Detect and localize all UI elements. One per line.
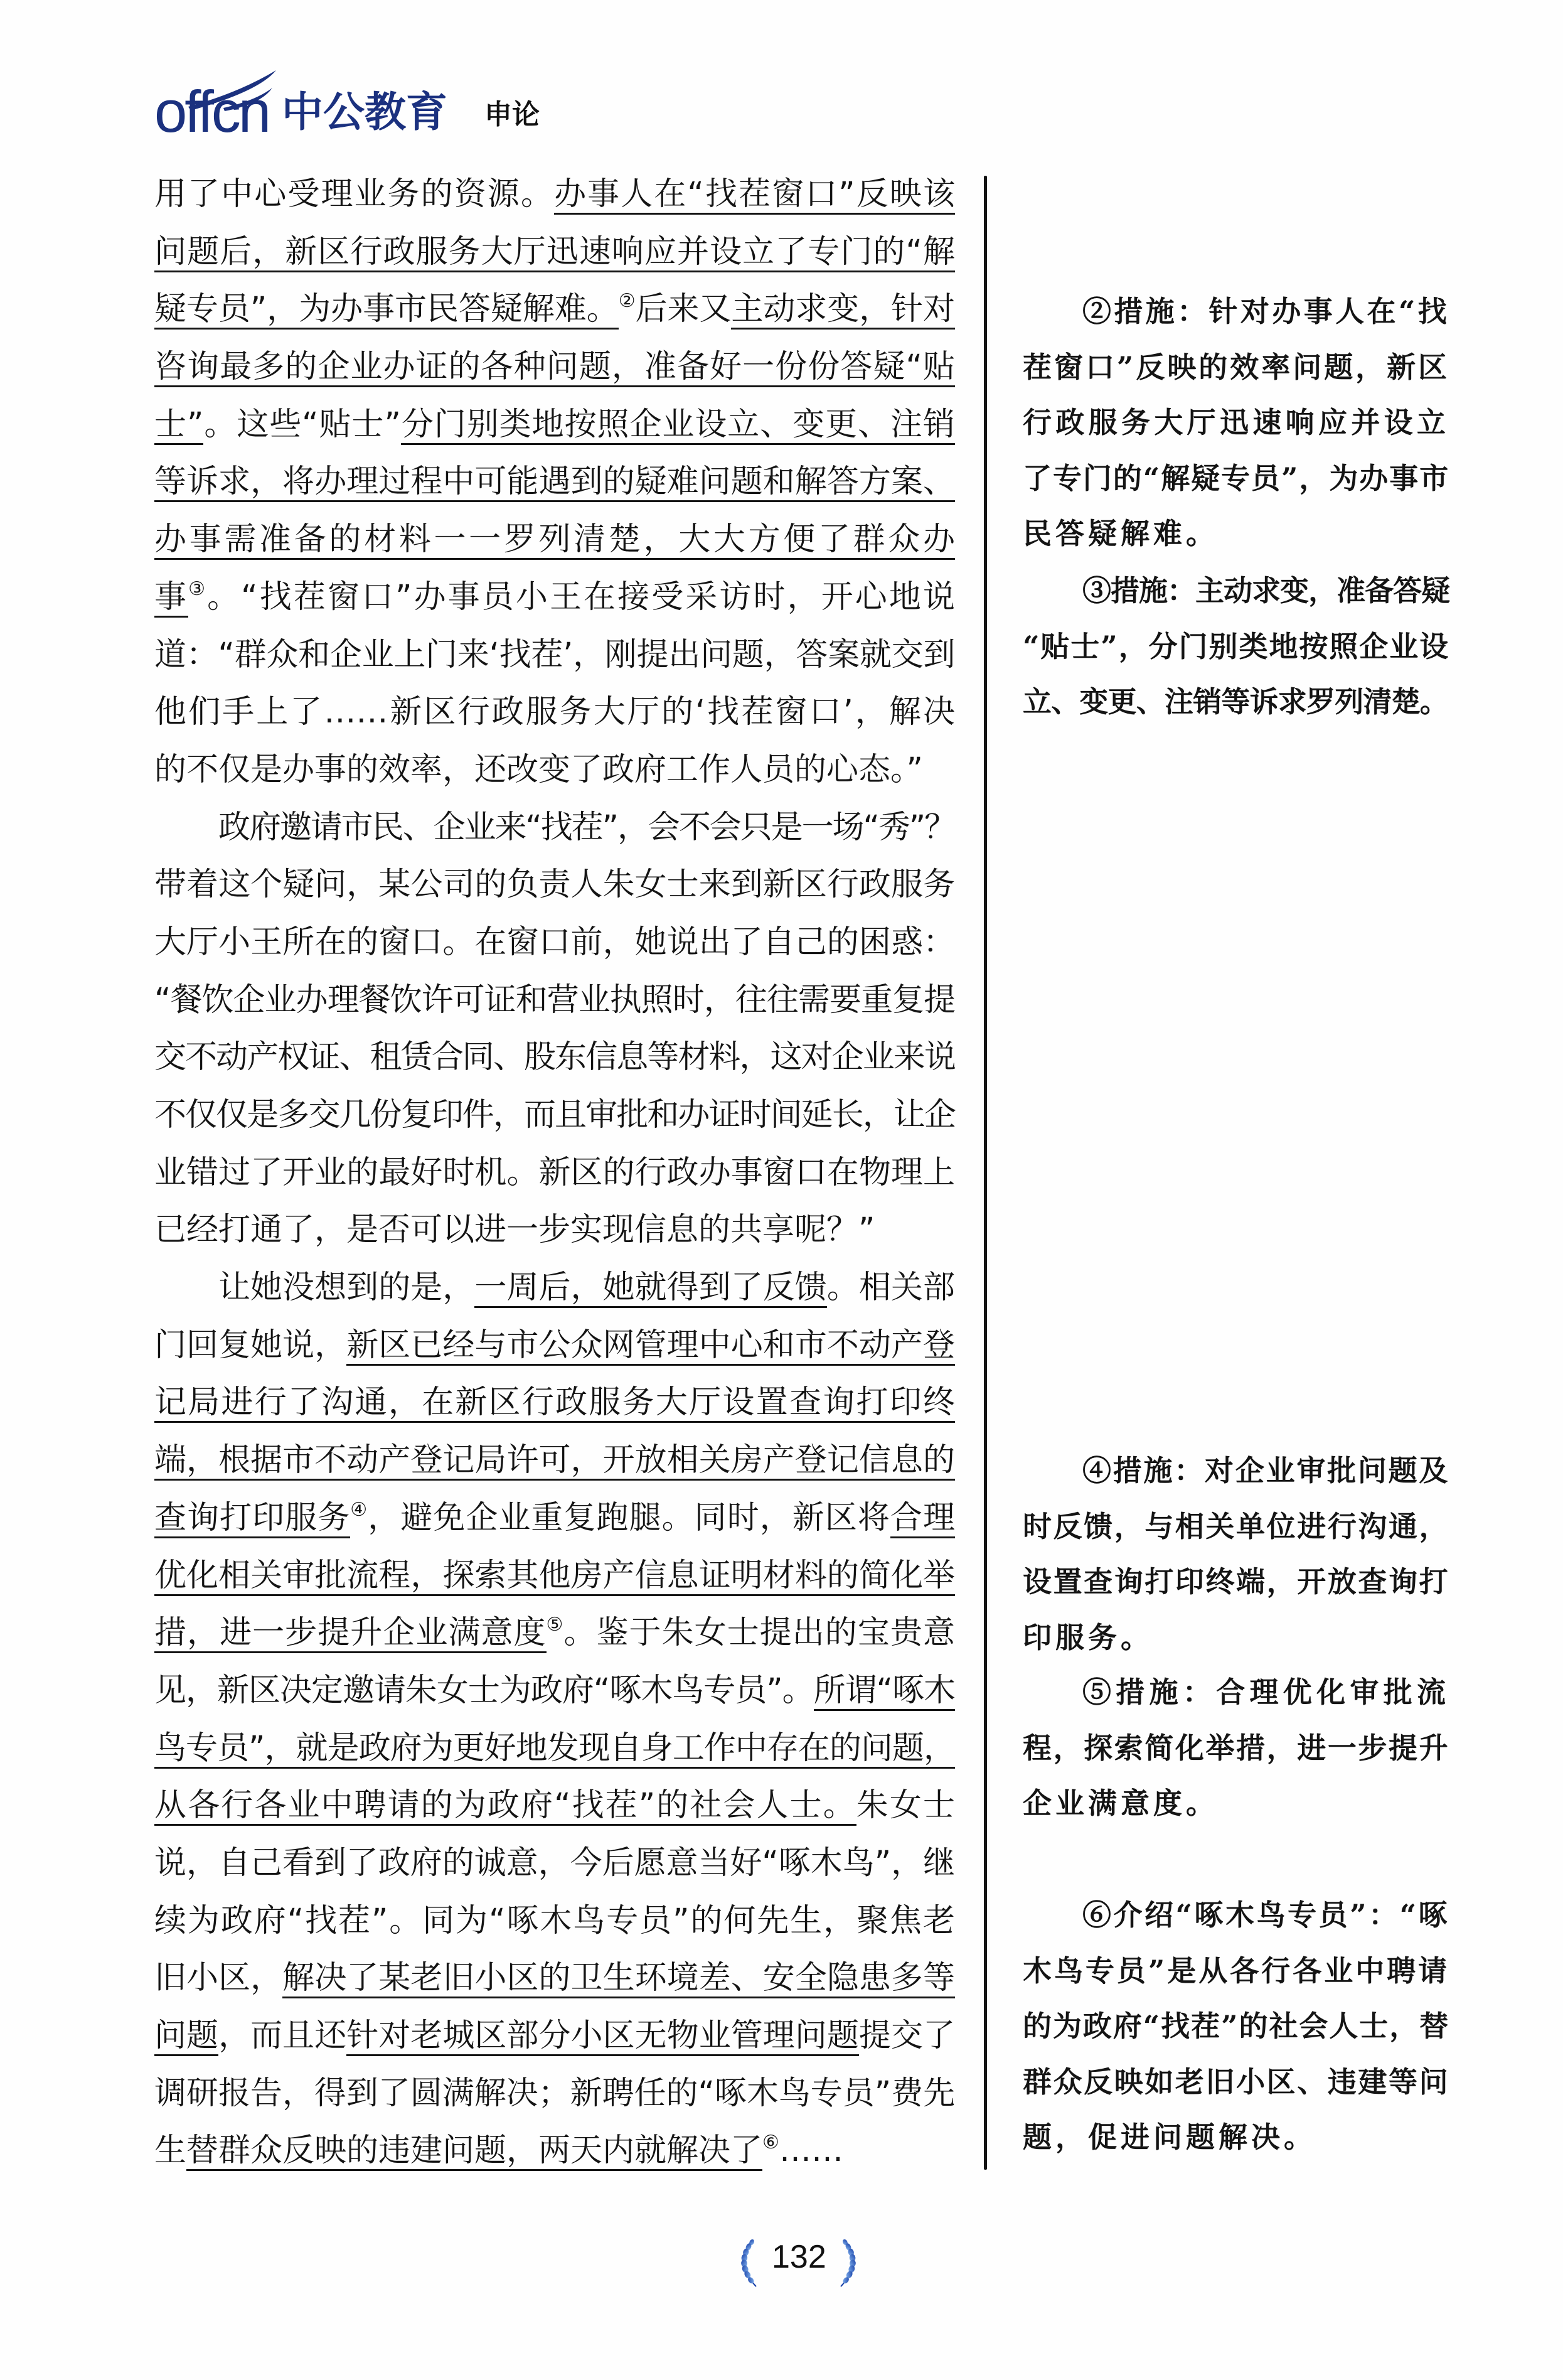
text-run: 交不动产权证、租赁合同、股东信息等材料，这对企业来说 — [154, 1039, 955, 1076]
underlined-key-point: 优化相关审批流程，探索其他房产信息证明材料的简化举 — [154, 1557, 955, 1596]
underlined-key-point: 替群众反映的违建问题，两天内就解决了 — [186, 2132, 762, 2171]
text-line: ⑤措施：合理优化审批流 — [1023, 1664, 1449, 1720]
text-line: 咨询最多的企业办证的各种问题，准备好一份份答疑“贴 — [154, 338, 955, 396]
text-run: ④措施：对企业审批问题及 — [1082, 1454, 1449, 1488]
text-run: 门回复她说， — [154, 1327, 346, 1364]
text-run: 业错过了开业的最好时机。新区的行政办事窗口在物理上 — [154, 1154, 955, 1191]
annotation-marker: ② — [619, 290, 636, 312]
text-line: 业错过了开业的最好时机。新区的行政办事窗口在物理上 — [154, 1144, 955, 1202]
text-line: 查询打印服务④，避免企业重复跑腿。同时，新区将合理 — [154, 1489, 955, 1547]
text-run: 说，自己看到了政府的诚意，今后愿意当好“啄木鸟”，继 — [154, 1845, 955, 1882]
text-run: 已经打通了，是否可以进一步实现信息的共享呢？” — [154, 1211, 875, 1248]
text-line: 了专门的“解疑专员”，为办事市 — [1023, 451, 1449, 507]
text-line: ③措施：主动求变，准备答疑 — [1023, 563, 1449, 619]
text-line: 等诉求，将办理过程中可能遇到的疑难问题和解答方案、 — [154, 453, 955, 511]
text-run: 时反馈，与相关单位进行沟通， — [1023, 1509, 1449, 1543]
text-run: 。相关部 — [827, 1269, 955, 1306]
text-line: 门回复她说，新区已经与市公众网管理中心和市不动产登 — [154, 1317, 955, 1375]
column-divider — [984, 176, 987, 2170]
text-run: ，而且还 — [218, 2017, 346, 2054]
text-line: 政府邀请市民、企业来“找茬”，会不会只是一场“秀”？ — [154, 799, 955, 857]
margin-note-2: ②措施：针对办事人在“找茬窗口”反映的效率问题，新区行政服务大厅迅速响应并设立了… — [1023, 284, 1449, 562]
underlined-key-point: 措，进一步提升企业满意度 — [154, 1614, 547, 1653]
text-run: “餐饮企业办理餐饮许可证和营业执照时，往往需要重复提 — [154, 982, 955, 1019]
text-run: 设置查询打印终端，开放查询打 — [1023, 1565, 1449, 1599]
text-run: 见，新区决定邀请朱女士为政府“啄木鸟专员”。 — [154, 1672, 814, 1709]
text-run: 旧小区， — [154, 1959, 282, 1997]
underlined-key-point: 办事人在“找茬窗口”反映该 — [554, 176, 955, 215]
margin-note-3: ③措施：主动求变，准备答疑“贴士”，分门别类地按照企业设立、变更、注销等诉求罗列… — [1023, 563, 1449, 730]
text-run: 企业满意度。 — [1023, 1786, 1219, 1820]
text-run: 用了中心受理业务的资源。 — [154, 176, 554, 213]
underlined-key-point: 事 — [154, 579, 188, 618]
text-line: 措，进一步提升企业满意度⑤。鉴于朱女士提出的宝贵意 — [154, 1604, 955, 1662]
text-run: “贴士”，分门别类地按照企业设 — [1023, 630, 1449, 663]
margin-note-6: ⑥介绍“啄木鸟专员”：“啄木鸟专员”是从各行各业中聘请的为政府“找茬”的社会人士… — [1023, 1887, 1449, 2165]
text-line: 疑专员”，为办事市民答疑解难。②后来又主动求变，针对 — [154, 281, 955, 338]
laurel-right-icon — [835, 2238, 860, 2288]
text-line: 续为政府“找茬”。同为“啄木鸟专员”的何先生，聚焦老 — [154, 1892, 955, 1950]
text-line: 茬窗口”反映的效率问题，新区 — [1023, 340, 1449, 395]
underlined-key-point: 问题后，新区行政服务大厅迅速响应并设立了专门的“解 — [154, 233, 955, 272]
underlined-key-point: 等诉求，将办理过程中可能遇到的疑难问题和解答方案、 — [154, 463, 955, 502]
annotation-marker: ⑥ — [762, 2131, 779, 2153]
annotation-marker: ④ — [350, 1499, 368, 1521]
text-line: 程，探索简化举措，进一步提升 — [1023, 1720, 1449, 1776]
text-run: 的为政府“找茬”的社会人士，替 — [1023, 2009, 1449, 2043]
text-line: 说，自己看到了政府的诚意，今后愿意当好“啄木鸟”，继 — [154, 1835, 955, 1892]
underlined-key-point: 查询打印服务 — [154, 1499, 350, 1538]
margin-note-5: ⑤措施：合理优化审批流程，探索简化举措，进一步提升企业满意度。 — [1023, 1664, 1449, 1831]
underlined-key-point: 问题 — [154, 2017, 218, 2056]
text-line: 印服务。 — [1023, 1610, 1449, 1666]
underlined-key-point: 从各行各业中聘请的为政府“找茬”的社会人士。 — [154, 1787, 856, 1826]
underlined-key-point: 新区已经与市公众网管理中心和市不动产登 — [346, 1327, 955, 1366]
text-line: 行政服务大厅迅速响应并设立 — [1023, 395, 1449, 451]
text-run: 他们手上了……新区行政服务大厅的‘找茬窗口’，解决 — [154, 694, 955, 731]
paragraph-1: 用了中心受理业务的资源。办事人在“找茬窗口”反映该问题后，新区行政服务大厅迅速响… — [154, 166, 955, 799]
text-run: 带着这个疑问，某公司的负责人朱女士来到新区行政服务 — [154, 866, 955, 903]
text-line: 问题，而且还针对老城区部分小区无物业管理问题提交了 — [154, 2007, 955, 2065]
text-run: 木鸟专员”是从各行各业中聘请 — [1023, 1954, 1449, 1988]
text-line: 士”。这些“贴士”分门别类地按照企业设立、变更、注销 — [154, 396, 955, 454]
underlined-key-point: 针对老城区部分小区无物业管理问题 — [346, 2017, 859, 2056]
underlined-key-point: 一周后，她就得到了反馈 — [474, 1269, 826, 1308]
text-line: 问题后，新区行政服务大厅迅速响应并设立了专门的“解 — [154, 223, 955, 281]
text-line: 木鸟专员”是从各行各业中聘请 — [1023, 1943, 1449, 1999]
text-line: ④措施：对企业审批问题及 — [1023, 1443, 1449, 1499]
text-line: 优化相关审批流程，探索其他房产信息证明材料的简化举 — [154, 1547, 955, 1605]
text-run: 茬窗口”反映的效率问题，新区 — [1023, 350, 1449, 384]
text-line: 时反馈，与相关单位进行沟通， — [1023, 1499, 1449, 1555]
text-line: 记局进行了沟通，在新区行政服务大厅设置查询打印终 — [154, 1374, 955, 1432]
underlined-key-point: 合理 — [890, 1499, 955, 1538]
paragraph-2: 政府邀请市民、企业来“找茬”，会不会只是一场“秀”？带着这个疑问，某公司的负责人… — [154, 799, 955, 1260]
underlined-key-point: 咨询最多的企业办证的各种问题，准备好一份份答疑“贴 — [154, 348, 955, 387]
text-run: ，避免企业重复跑腿。同时，新区将 — [368, 1499, 890, 1536]
underlined-key-point: 解决了某老旧小区的卫生环境差、安全隐患多等 — [282, 1959, 955, 1998]
section-title: 申论 — [484, 101, 540, 129]
paragraph-3: 让她没想到的是，一周后，她就得到了反馈。相关部门回复她说，新区已经与市公众网管理… — [154, 1259, 955, 2180]
text-line: 设置查询打印终端，开放查询打 — [1023, 1554, 1449, 1610]
text-run: 的不仅是办事的效率，还改变了政府工作人员的心态。” — [154, 751, 923, 788]
underlined-key-point: 记局进行了沟通，在新区行政服务大厅设置查询打印终 — [154, 1384, 955, 1423]
annotation-marker: ⑤ — [547, 1614, 564, 1636]
text-line: 用了中心受理业务的资源。办事人在“找茬窗口”反映该 — [154, 166, 955, 223]
underlined-key-point: 主动求变，针对 — [731, 291, 955, 330]
text-line: ②措施：针对办事人在“找 — [1023, 284, 1449, 340]
text-line: 他们手上了……新区行政服务大厅的‘找茬窗口’，解决 — [154, 683, 955, 741]
text-run: 。鉴于朱女士提出的宝贵意 — [564, 1614, 956, 1651]
text-line: 让她没想到的是，一周后，她就得到了反馈。相关部 — [154, 1259, 955, 1317]
text-run: 。“找茬窗口”办事员小王在接受采访时，开心地说 — [207, 579, 955, 616]
margin-note-4: ④措施：对企业审批问题及时反馈，与相关单位进行沟通，设置查询打印终端，开放查询打… — [1023, 1443, 1449, 1665]
underlined-key-point: 分门别类地按照企业设立、变更、注销 — [401, 406, 955, 445]
text-line: 从各行各业中聘请的为政府“找茬”的社会人士。朱女士 — [154, 1777, 955, 1835]
text-run: 题，促进问题解决。 — [1023, 2120, 1316, 2154]
underlined-key-point: 办事需准备的材料一一罗列清楚，大大方便了群众办 — [154, 521, 955, 560]
text-run: ⑥介绍“啄木鸟专员”：“啄 — [1082, 1898, 1449, 1932]
body-text: 用了中心受理业务的资源。办事人在“找茬窗口”反映该问题后，新区行政服务大厅迅速响… — [154, 166, 955, 2180]
text-line: 的不仅是办事的效率，还改变了政府工作人员的心态。” — [154, 741, 955, 799]
text-run: 朱女士 — [856, 1787, 955, 1824]
text-run: 印服务。 — [1023, 1621, 1153, 1654]
text-line: 企业满意度。 — [1023, 1776, 1449, 1831]
text-line: “贴士”，分门别类地按照企业设 — [1023, 619, 1449, 675]
text-line: 见，新区决定邀请朱女士为政府“啄木鸟专员”。所谓“啄木 — [154, 1662, 955, 1720]
text-line: 立、变更、注销等诉求罗列清楚。 — [1023, 674, 1449, 730]
underlined-key-point: 疑专员”，为办事市民答疑解难。 — [154, 291, 619, 330]
text-run: 大厅小王所在的窗口。在窗口前，她说出了自己的困惑： — [154, 924, 955, 961]
page-number: 132 — [772, 2241, 826, 2273]
text-run: ⑤措施：合理优化审批流 — [1082, 1675, 1449, 1709]
underlined-key-point: 端，根据市不动产登记局许可，开放相关房产登记信息的 — [154, 1442, 955, 1481]
text-line: 旧小区，解决了某老旧小区的卫生环境差、安全隐患多等 — [154, 1949, 955, 2007]
text-line: 办事需准备的材料一一罗列清楚，大大方便了群众办 — [154, 511, 955, 569]
text-run: 了专门的“解疑专员”，为办事市 — [1023, 461, 1449, 495]
text-line: 调研报告，得到了圆满解决；新聘任的“啄木鸟专员”费先 — [154, 2065, 955, 2123]
text-run: …… — [779, 2132, 843, 2169]
underlined-key-point: 所谓“啄木 — [814, 1672, 955, 1711]
text-line: 已经打通了，是否可以进一步实现信息的共享呢？” — [154, 1201, 955, 1259]
text-line: 鸟专员”，就是政府为更好地发现自身工作中存在的问题， — [154, 1720, 955, 1777]
underlined-key-point: 士” — [154, 406, 203, 445]
text-run: 让她没想到的是， — [218, 1269, 474, 1306]
text-line: 大厅小王所在的窗口。在窗口前，她说出了自己的困惑： — [154, 914, 955, 972]
brand-name: 中公教育 — [282, 92, 447, 133]
text-run: 后来又 — [636, 291, 732, 328]
text-run: 政府邀请市民、企业来“找茬”，会不会只是一场“秀”？ — [218, 809, 955, 846]
text-line: 道：“群众和企业上门来‘找茬’，刚提出问题，答案就交到 — [154, 626, 955, 684]
text-run: 立、变更、注销等诉求罗列清楚。 — [1023, 685, 1448, 719]
text-line: “餐饮企业办理餐饮许可证和营业执照时，往往需要重复提 — [154, 972, 955, 1029]
text-run: 生 — [154, 2132, 186, 2169]
text-line: 交不动产权证、租赁合同、股东信息等材料，这对企业来说 — [154, 1029, 955, 1086]
text-line: 题，促进问题解决。 — [1023, 2109, 1449, 2165]
text-line: 群众反映如老旧小区、违建等问 — [1023, 2054, 1449, 2110]
text-run: 行政服务大厅迅速响应并设立 — [1023, 405, 1449, 439]
text-run: 提交了 — [859, 2017, 955, 2054]
text-line: 带着这个疑问，某公司的负责人朱女士来到新区行政服务 — [154, 856, 955, 914]
text-line: ⑥介绍“啄木鸟专员”：“啄 — [1023, 1887, 1449, 1943]
text-line: 生替群众反映的违建问题，两天内就解决了⑥…… — [154, 2122, 955, 2180]
text-run: ②措施：针对办事人在“找 — [1082, 294, 1449, 328]
text-run: 调研报告，得到了圆满解决；新聘任的“啄木鸟专员”费先 — [154, 2075, 955, 2112]
laurel-left-icon — [737, 2238, 762, 2288]
text-run: ③措施：主动求变，准备答疑 — [1082, 574, 1449, 608]
text-line: 民答疑解难。 — [1023, 506, 1449, 562]
text-run: 民答疑解难。 — [1023, 517, 1219, 550]
text-run: 续为政府“找茬”。同为“啄木鸟专员”的何先生，聚焦老 — [154, 1902, 955, 1939]
text-line: 不仅仅是多交几份复印件，而且审批和办证时间延长，让企 — [154, 1086, 955, 1144]
brand-logo-offcn: offcn — [154, 82, 269, 141]
text-run: 道：“群众和企业上门来‘找茬’，刚提出问题，答案就交到 — [154, 636, 955, 673]
text-run: 程，探索简化举措，进一步提升 — [1023, 1731, 1449, 1765]
text-line: 的为政府“找茬”的社会人士，替 — [1023, 1998, 1449, 2054]
underlined-key-point: 鸟专员”，就是政府为更好地发现自身工作中存在的问题， — [154, 1730, 955, 1769]
text-line: 端，根据市不动产登记局许可，开放相关房产登记信息的 — [154, 1432, 955, 1489]
text-run: 不仅仅是多交几份复印件，而且审批和办证时间延长，让企 — [154, 1096, 955, 1134]
annotation-marker: ③ — [188, 578, 207, 600]
text-line: 事③。“找茬窗口”办事员小王在接受采访时，开心地说 — [154, 569, 955, 626]
text-run: 。这些“贴士” — [203, 406, 401, 443]
text-run: 群众反映如老旧小区、违建等问 — [1023, 2065, 1449, 2099]
